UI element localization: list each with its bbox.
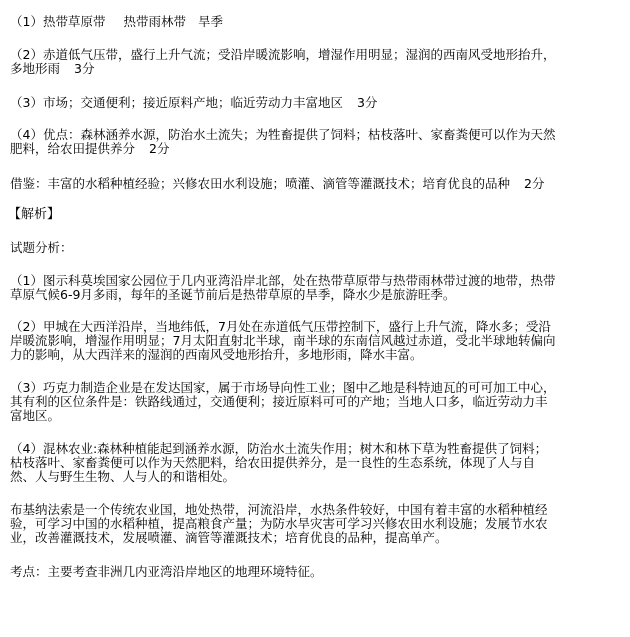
analysis-p5-line-2: 验，可学习中国的水稻种植，提高粮食产量；为防水旱灾害可学习兴修农田水利设施；发展… bbox=[10, 517, 618, 531]
answer-q1: （1）热带草原带热带雨林带旱季 bbox=[10, 15, 618, 29]
answer-q2-line-1: （2）赤道低气压带，盛行上升气流；受沿岸暖流影响，增湿作用明显；湿润的西南风受地… bbox=[10, 48, 618, 62]
analysis-p1-line-1: （1）图示科莫埃国家公园位于几内亚湾沿岸北部，处在热带草原带与热带雨林带过渡的地… bbox=[10, 274, 618, 288]
answer-q1-part-2: 热带雨林带 bbox=[123, 14, 186, 29]
analysis-paragraph-1: （1）图示科莫埃国家公园位于几内亚湾沿岸北部，处在热带草原带与热带雨林带过渡的地… bbox=[10, 274, 618, 302]
analysis-p1-line-2: 草原气候6-9月多雨，每年的圣诞节前后是热带草原的旱季，降水少是旅游旺季。 bbox=[10, 288, 618, 302]
answer-q2: （2）赤道低气压带，盛行上升气流；受沿岸暖流影响，增湿作用明显；湿润的西南风受地… bbox=[10, 48, 618, 76]
analysis-p3-line-3: 富地区。 bbox=[10, 409, 618, 423]
answer-q4-line-1: （4）优点：森林涵养水源，防治水土流失；为牲畜提供了饲料；枯枝落叶、家畜粪便可以… bbox=[10, 128, 618, 142]
answer-q2-line-2-text: 多地形雨 bbox=[10, 61, 60, 76]
analysis-paragraph-3: （3）巧克力制造企业是在发达国家，属于市场导向性工业；图中乙地是科特迪瓦的可可加… bbox=[10, 381, 618, 423]
analysis-paragraph-2: （2）甲城在大西洋沿岸，当地纬低，7月处在赤道低气压带控制下，盛行上升气流，降水… bbox=[10, 320, 618, 362]
answer-q4-line-2: 肥料，给农田提供养分2分 bbox=[10, 142, 618, 156]
answer-q1-part-1: 热带草原带 bbox=[43, 14, 106, 29]
analysis-p3-line-2: 其有利的区位条件是：铁路线通过，交通便利；接近原料可可的产地；当地人口多，临近劳… bbox=[10, 395, 618, 409]
answer-q3: （3）市场；交通便利；接近原料产地；临近劳动力丰富地区3分 bbox=[10, 96, 618, 110]
test-point: 考点：主要考查非洲几内亚湾沿岸地区的地理环境特征。 bbox=[10, 565, 618, 579]
answer-q4-line-2-text: 肥料，给农田提供养分 bbox=[10, 141, 135, 156]
answer-borrow: 借鉴：丰富的水稻种植经验；兴修农田水利设施；喷灌、滴管等灌溉技术；培育优良的品种… bbox=[10, 177, 618, 191]
analysis-p2-line-1: （2）甲城在大西洋沿岸，当地纬低，7月处在赤道低气压带控制下，盛行上升气流，降水… bbox=[10, 320, 618, 334]
analysis-p5-line-3: 业，改善灌溉技术，发展喷灌、滴管等灌溉技术；培育优良的品种，提高单产。 bbox=[10, 531, 618, 545]
analysis-paragraph-4: （4）混林农业:森林种植能起到涵养水源，防治水土流失作用；树木和林下草为牲畜提供… bbox=[10, 442, 618, 484]
answer-q3-text: （3）市场；交通便利；接近原料产地；临近劳动力丰富地区 bbox=[10, 95, 343, 110]
analysis-subheading: 试题分析： bbox=[10, 241, 618, 255]
analysis-p2-line-2: 岸暖流影响，增湿作用明显；7月太阳直射北半球，南半球的东南信风越过赤道，受北半球… bbox=[10, 334, 618, 348]
answer-borrow-score: 2分 bbox=[524, 176, 544, 191]
analysis-p4-line-1: （4）混林农业:森林种植能起到涵养水源，防治水土流失作用；树木和林下草为牲畜提供… bbox=[10, 442, 618, 456]
answer-q4: （4）优点：森林涵养水源，防治水土流失；为牲畜提供了饲料；枯枝落叶、家畜粪便可以… bbox=[10, 128, 618, 156]
answer-q2-score: 3分 bbox=[74, 61, 94, 76]
answer-q3-score: 3分 bbox=[357, 95, 377, 110]
analysis-p4-line-3: 然、人与野生生物、人与人的和谐相处。 bbox=[10, 470, 618, 484]
answer-q2-line-2: 多地形雨3分 bbox=[10, 62, 618, 76]
analysis-p3-line-1: （3）巧克力制造企业是在发达国家，属于市场导向性工业；图中乙地是科特迪瓦的可可加… bbox=[10, 381, 618, 395]
answer-q1-part-3: 旱季 bbox=[198, 14, 223, 29]
analysis-paragraph-5: 布基纳法索是一个传统农业国，地处热带，河流沿岸，水热条件较好，中国有着丰富的水稻… bbox=[10, 503, 618, 545]
analysis-heading: 【解析】 bbox=[8, 208, 616, 222]
answer-borrow-text: 借鉴：丰富的水稻种植经验；兴修农田水利设施；喷灌、滴管等灌溉技术；培育优良的品种 bbox=[10, 176, 510, 191]
analysis-p4-line-2: 枯枝落叶、家畜粪便可以作为天然肥料，给农田提供养分，是一良性的生态系统，体现了人… bbox=[10, 456, 618, 470]
answer-q1-prefix: （1） bbox=[10, 14, 43, 29]
analysis-p2-line-3: 力的影响，从大西洋来的湿润的西南风受地形抬升，多地形雨，降水丰富。 bbox=[10, 348, 618, 362]
answer-q4-score: 2分 bbox=[149, 141, 169, 156]
analysis-p5-line-1: 布基纳法索是一个传统农业国，地处热带，河流沿岸，水热条件较好，中国有着丰富的水稻… bbox=[10, 503, 618, 517]
